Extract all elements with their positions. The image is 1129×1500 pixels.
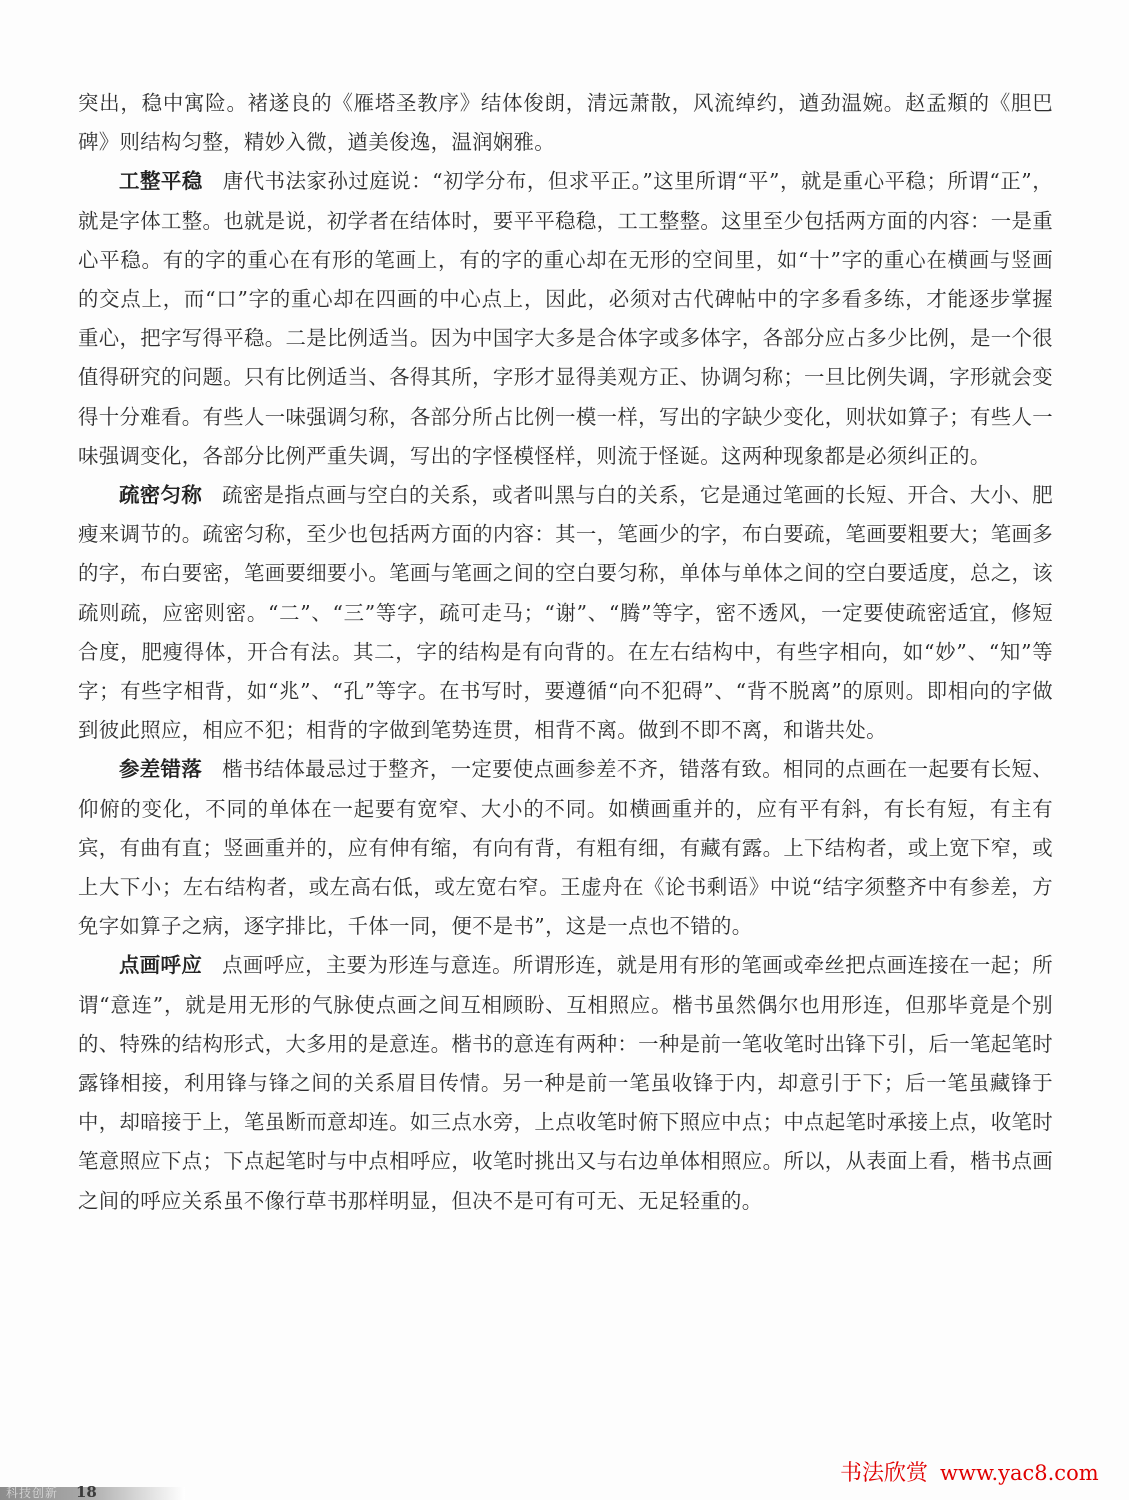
- watermark-url: www.yac8.com: [940, 1461, 1099, 1485]
- paragraph-text: 唐代书法家孙过庭说：“初学分布，但求平正。”这里所谓“平”，就是重心平稳；所谓“…: [78, 169, 1053, 467]
- site-watermark: 书法欣赏www.yac8.com: [840, 1460, 1099, 1487]
- paragraph-text: 疏密是指点画与空白的关系，或者叫黑与白的关系，它是通过笔画的长短、开合、大小、肥…: [78, 483, 1053, 742]
- page-body-text: 突出，稳中寓险。褚遂良的《雁塔圣教序》结体俊朗，清远萧散，风流绰约，遒劲温婉。赵…: [78, 84, 1053, 1221]
- watermark-title: 书法欣赏: [840, 1461, 928, 1486]
- page-number: 18: [76, 1484, 97, 1500]
- paragraph-section-echo: 点画呼应点画呼应，主要为形连与意连。所谓形连，就是用有形的笔画或牵丝把点画连接在…: [78, 946, 1053, 1220]
- section-heading: 参差错落: [119, 757, 202, 781]
- paragraph-text: 楷书结体最忌过于整齐，一定要使点画参差不齐，错落有致。相同的点画在一起要有长短、…: [78, 757, 1053, 938]
- paragraph-section-variation: 参差错落楷书结体最忌过于整齐，一定要使点画参差不齐，错落有致。相同的点画在一起要…: [78, 750, 1053, 946]
- paragraph-section-balance: 工整平稳唐代书法家孙过庭说：“初学分布，但求平正。”这里所谓“平”，就是重心平稳…: [78, 162, 1053, 476]
- paragraph-intro-continuation: 突出，稳中寓险。褚遂良的《雁塔圣教序》结体俊朗，清远萧散，风流绰约，遒劲温婉。赵…: [78, 84, 1053, 162]
- paragraph-text: 点画呼应，主要为形连与意连。所谓形连，就是用有形的笔画或牵丝把点画连接在一起；所…: [78, 953, 1053, 1212]
- section-heading: 工整平稳: [119, 169, 203, 193]
- section-heading: 疏密匀称: [119, 483, 202, 507]
- section-heading: 点画呼应: [119, 953, 202, 977]
- paragraph-text: 突出，稳中寓险。褚遂良的《雁塔圣教序》结体俊朗，清远萧散，风流绰约，遒劲温婉。赵…: [78, 91, 1053, 154]
- paragraph-section-density: 疏密匀称疏密是指点画与空白的关系，或者叫黑与白的关系，它是通过笔画的长短、开合、…: [78, 476, 1053, 750]
- footer-label: 科技创新: [6, 1487, 58, 1500]
- scanned-book-page: 突出，稳中寓险。褚遂良的《雁塔圣教序》结体俊朗，清远萧散，风流绰约，遒劲温婉。赵…: [0, 0, 1129, 1500]
